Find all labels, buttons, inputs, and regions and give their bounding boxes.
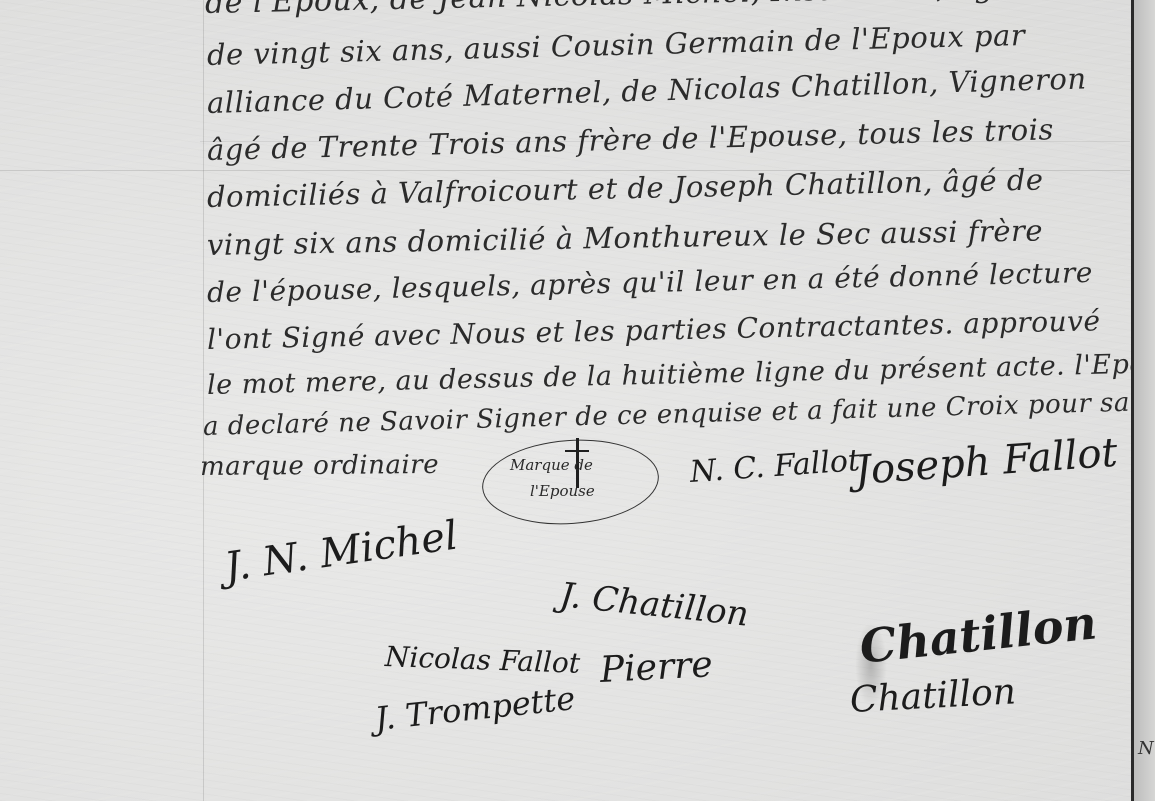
adjacent-page-strip	[1134, 0, 1155, 801]
text-line-3: alliance du Coté Maternel, de Nicolas Ch…	[207, 61, 1087, 120]
signature-j-chatillon: J. Chatillon	[558, 575, 751, 635]
signature-chatillon-1: Chatillon	[857, 595, 1099, 674]
mark-label-line1: Marque de	[510, 456, 593, 474]
signature-nicolas-fallot: Nicolas Fallot	[384, 640, 580, 680]
signature-nc-fallot: N. C. Fallot	[689, 443, 861, 490]
text-line-7: de l'épouse, lesquels, après qu'il leur …	[207, 256, 1094, 309]
text-line-2: de vingt six ans, aussi Cousin Germain d…	[207, 18, 1026, 72]
signature-trompette: J. Trompette	[373, 679, 577, 738]
text-line-8: l'ont Signé avec Nous et les parties Con…	[207, 304, 1101, 356]
signature-chatillon-2: Chatillon	[849, 671, 1017, 721]
text-line-11: marque ordinaire	[200, 450, 439, 482]
signature-joseph-fallot: Joseph Fallot	[853, 430, 1119, 494]
text-line-1: de l'Epoux, de Jean Nicolas Michel, Inst…	[205, 0, 1013, 21]
text-line-6: vingt six ans domicilié à Monthureux le …	[207, 213, 1044, 262]
margin-rule	[203, 0, 204, 801]
text-line-4: âgé de Trente Trois ans frère de l'Epous…	[207, 112, 1055, 167]
mark-label-line2: l'Epouse	[530, 482, 595, 500]
signature-jn-michel: J. N. Michel	[222, 513, 461, 591]
signature-pierre: Pierre	[599, 644, 714, 691]
scanned-document-page: de l'Epoux, de Jean Nicolas Michel, Inst…	[0, 0, 1155, 801]
adjacent-page-fragment: N	[1138, 738, 1154, 759]
